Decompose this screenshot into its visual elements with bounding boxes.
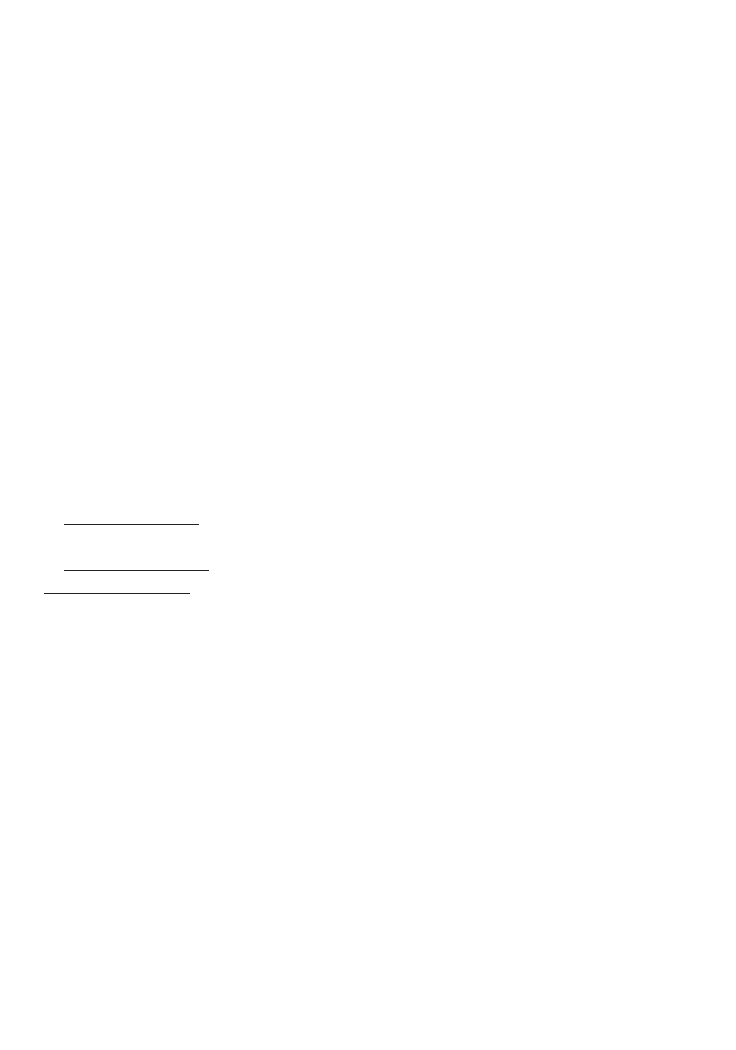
answer-blank[interactable]	[64, 510, 134, 525]
exam-page	[0, 0, 736, 1050]
question-16-item-2-answer	[64, 556, 209, 576]
answer-blank[interactable]	[116, 579, 190, 594]
question-16-item-3	[44, 579, 190, 599]
answer-blank[interactable]	[44, 579, 116, 594]
question-16-item-1-answer	[64, 510, 199, 530]
answer-blank[interactable]	[139, 556, 209, 571]
answer-blank[interactable]	[64, 556, 139, 571]
answer-blank[interactable]	[134, 510, 199, 525]
